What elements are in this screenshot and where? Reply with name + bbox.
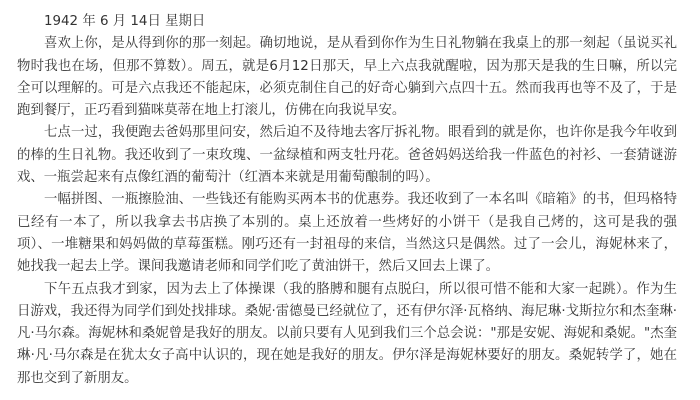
- date-heading: 1942 年 6 月 14日 星期日: [17, 11, 677, 33]
- paragraph-presents: 七点一过，我便跑去爸妈那里问安，然后迫不及待地去客厅拆礼物。眼看到的就是你，也许…: [17, 122, 677, 189]
- paragraph-afternoon-friends: 下午五点我才到家，因为去上了体操课（我的胳膊和腿有点脱臼，所以很可惜不能和大家一…: [17, 279, 677, 390]
- paragraph-birthday-morning: 喜欢上你，是从得到你的那一刻起。确切地说，是从看到你作为生日礼物躺在我桌上的那一…: [17, 33, 677, 122]
- paragraph-more-presents-school: 一幅拼图、一瓶擦脸油、一些钱还有能购买两本书的优惠券。我还收到了一本名叫《暗箱》…: [17, 189, 677, 278]
- diary-page: 1942 年 6 月 14日 星期日 喜欢上你，是从得到你的那一刻起。确切地说，…: [17, 11, 677, 390]
